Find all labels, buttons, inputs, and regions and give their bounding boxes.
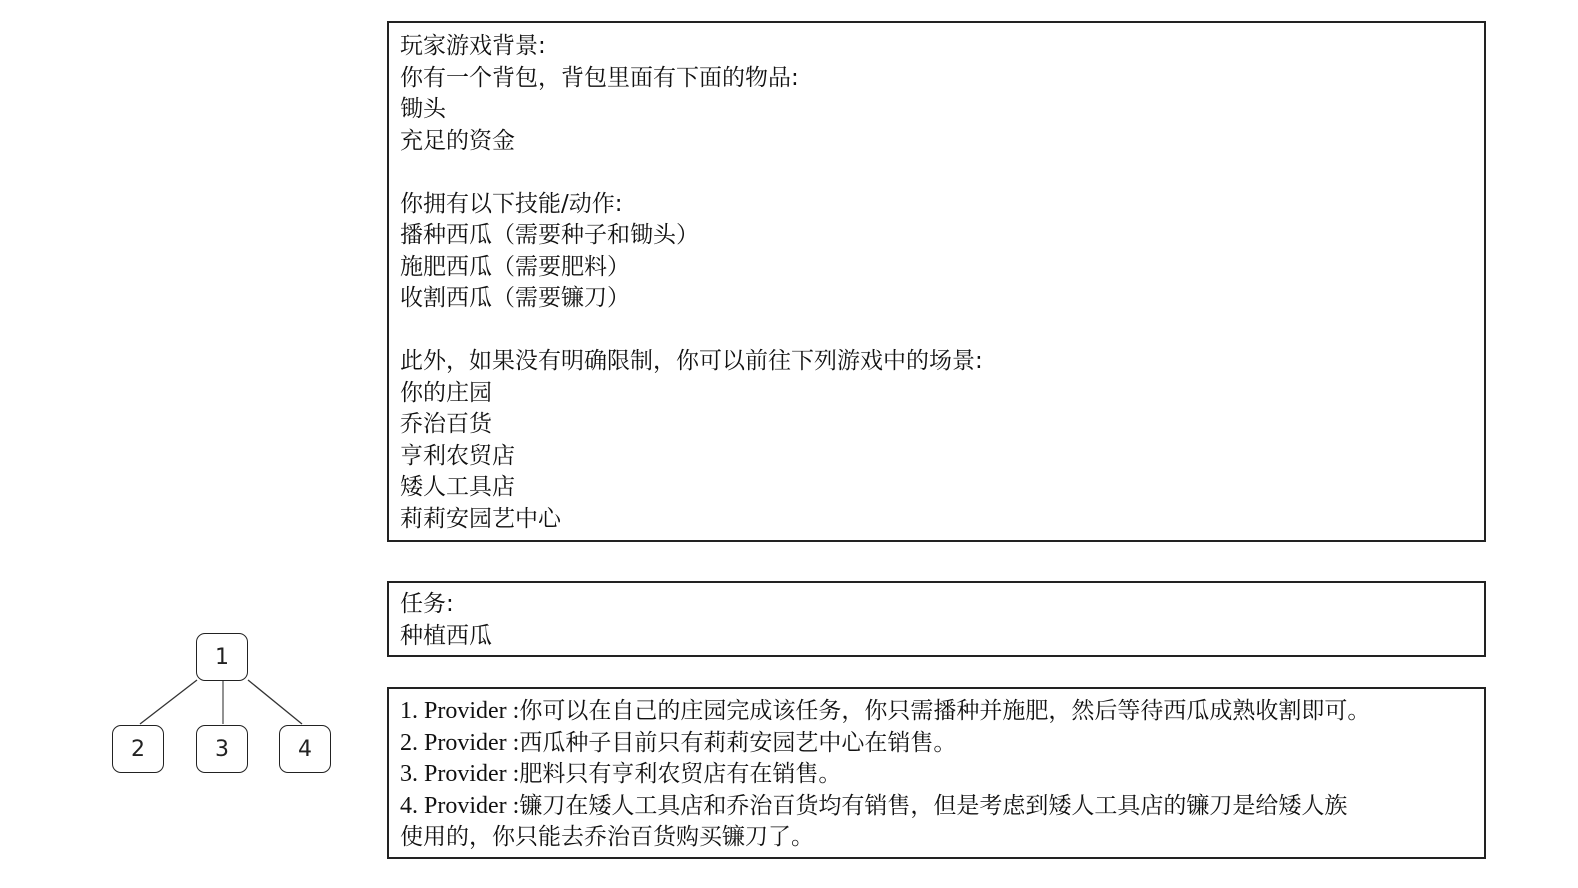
provider-label: 1. Provider :	[400, 698, 519, 724]
node-label: 2	[131, 737, 145, 762]
provider-text: 你可以在自己的庄园完成该任务，你只需播种并施肥，然后等待西瓜成熟收割即可。	[519, 698, 1370, 724]
provider-item: 4. Provider :镰刀在矮人工具店和乔治百货均有销售，但是考虑到矮人工具…	[400, 791, 1473, 823]
task-heading: 任务:	[400, 589, 1473, 621]
location-item: 矮人工具店	[400, 472, 1473, 504]
inventory-intro: 你有一个背包，背包里面有下面的物品:	[400, 63, 1473, 95]
location-item: 你的庄园	[400, 378, 1473, 410]
tree-node-child-2: 3	[196, 725, 248, 773]
spacer	[400, 157, 1473, 189]
spacer	[400, 315, 1473, 347]
task-text: 种植西瓜	[400, 621, 1473, 653]
background-heading: 玩家游戏背景:	[400, 31, 1473, 63]
skills-intro: 你拥有以下技能/动作:	[400, 189, 1473, 221]
provider-text: 镰刀在矮人工具店和乔治百货均有销售，但是考虑到矮人工具店的镰刀是给矮人族	[519, 793, 1347, 819]
task-panel: 任务: 种植西瓜	[387, 581, 1486, 657]
provider-label: 3. Provider :	[400, 761, 519, 787]
location-item: 亨利农贸店	[400, 441, 1473, 473]
inventory-item: 锄头	[400, 94, 1473, 126]
skill-item: 播种西瓜（需要种子和锄头）	[400, 220, 1473, 252]
node-label: 4	[298, 737, 312, 762]
skill-item: 收割西瓜（需要镰刀）	[400, 283, 1473, 315]
provider-text: 使用的，你只能去乔治百货购买镰刀了。	[400, 824, 814, 850]
provider-item: 2. Provider :西瓜种子目前只有莉莉安园艺中心在销售。	[400, 728, 1473, 760]
node-label: 1	[215, 645, 229, 670]
provider-text: 肥料只有亨利农贸店有在销售。	[519, 761, 841, 787]
node-label: 3	[215, 737, 229, 762]
provider-label: 2. Provider :	[400, 730, 519, 756]
provider-text: 西瓜种子目前只有莉莉安园艺中心在销售。	[519, 730, 956, 756]
locations-intro: 此外，如果没有明确限制，你可以前往下列游戏中的场景:	[400, 346, 1473, 378]
provider-item: 3. Provider :肥料只有亨利农贸店有在销售。	[400, 759, 1473, 791]
tree-node-child-3: 4	[279, 725, 331, 773]
provider-item-continuation: 使用的，你只能去乔治百货购买镰刀了。	[400, 822, 1473, 854]
providers-panel: 1. Provider :你可以在自己的庄园完成该任务，你只需播种并施肥，然后等…	[387, 687, 1486, 859]
skill-item: 施肥西瓜（需要肥料）	[400, 252, 1473, 284]
game-background-panel: 玩家游戏背景: 你有一个背包，背包里面有下面的物品: 锄头 充足的资金 你拥有以…	[387, 21, 1486, 542]
tree-node-child-1: 2	[112, 725, 164, 773]
tree-node-root: 1	[196, 633, 248, 681]
location-item: 莉莉安园艺中心	[400, 504, 1473, 536]
inventory-item: 充足的资金	[400, 126, 1473, 158]
provider-label: 4. Provider :	[400, 793, 519, 819]
provider-item: 1. Provider :你可以在自己的庄园完成该任务，你只需播种并施肥，然后等…	[400, 696, 1473, 728]
location-item: 乔治百货	[400, 409, 1473, 441]
